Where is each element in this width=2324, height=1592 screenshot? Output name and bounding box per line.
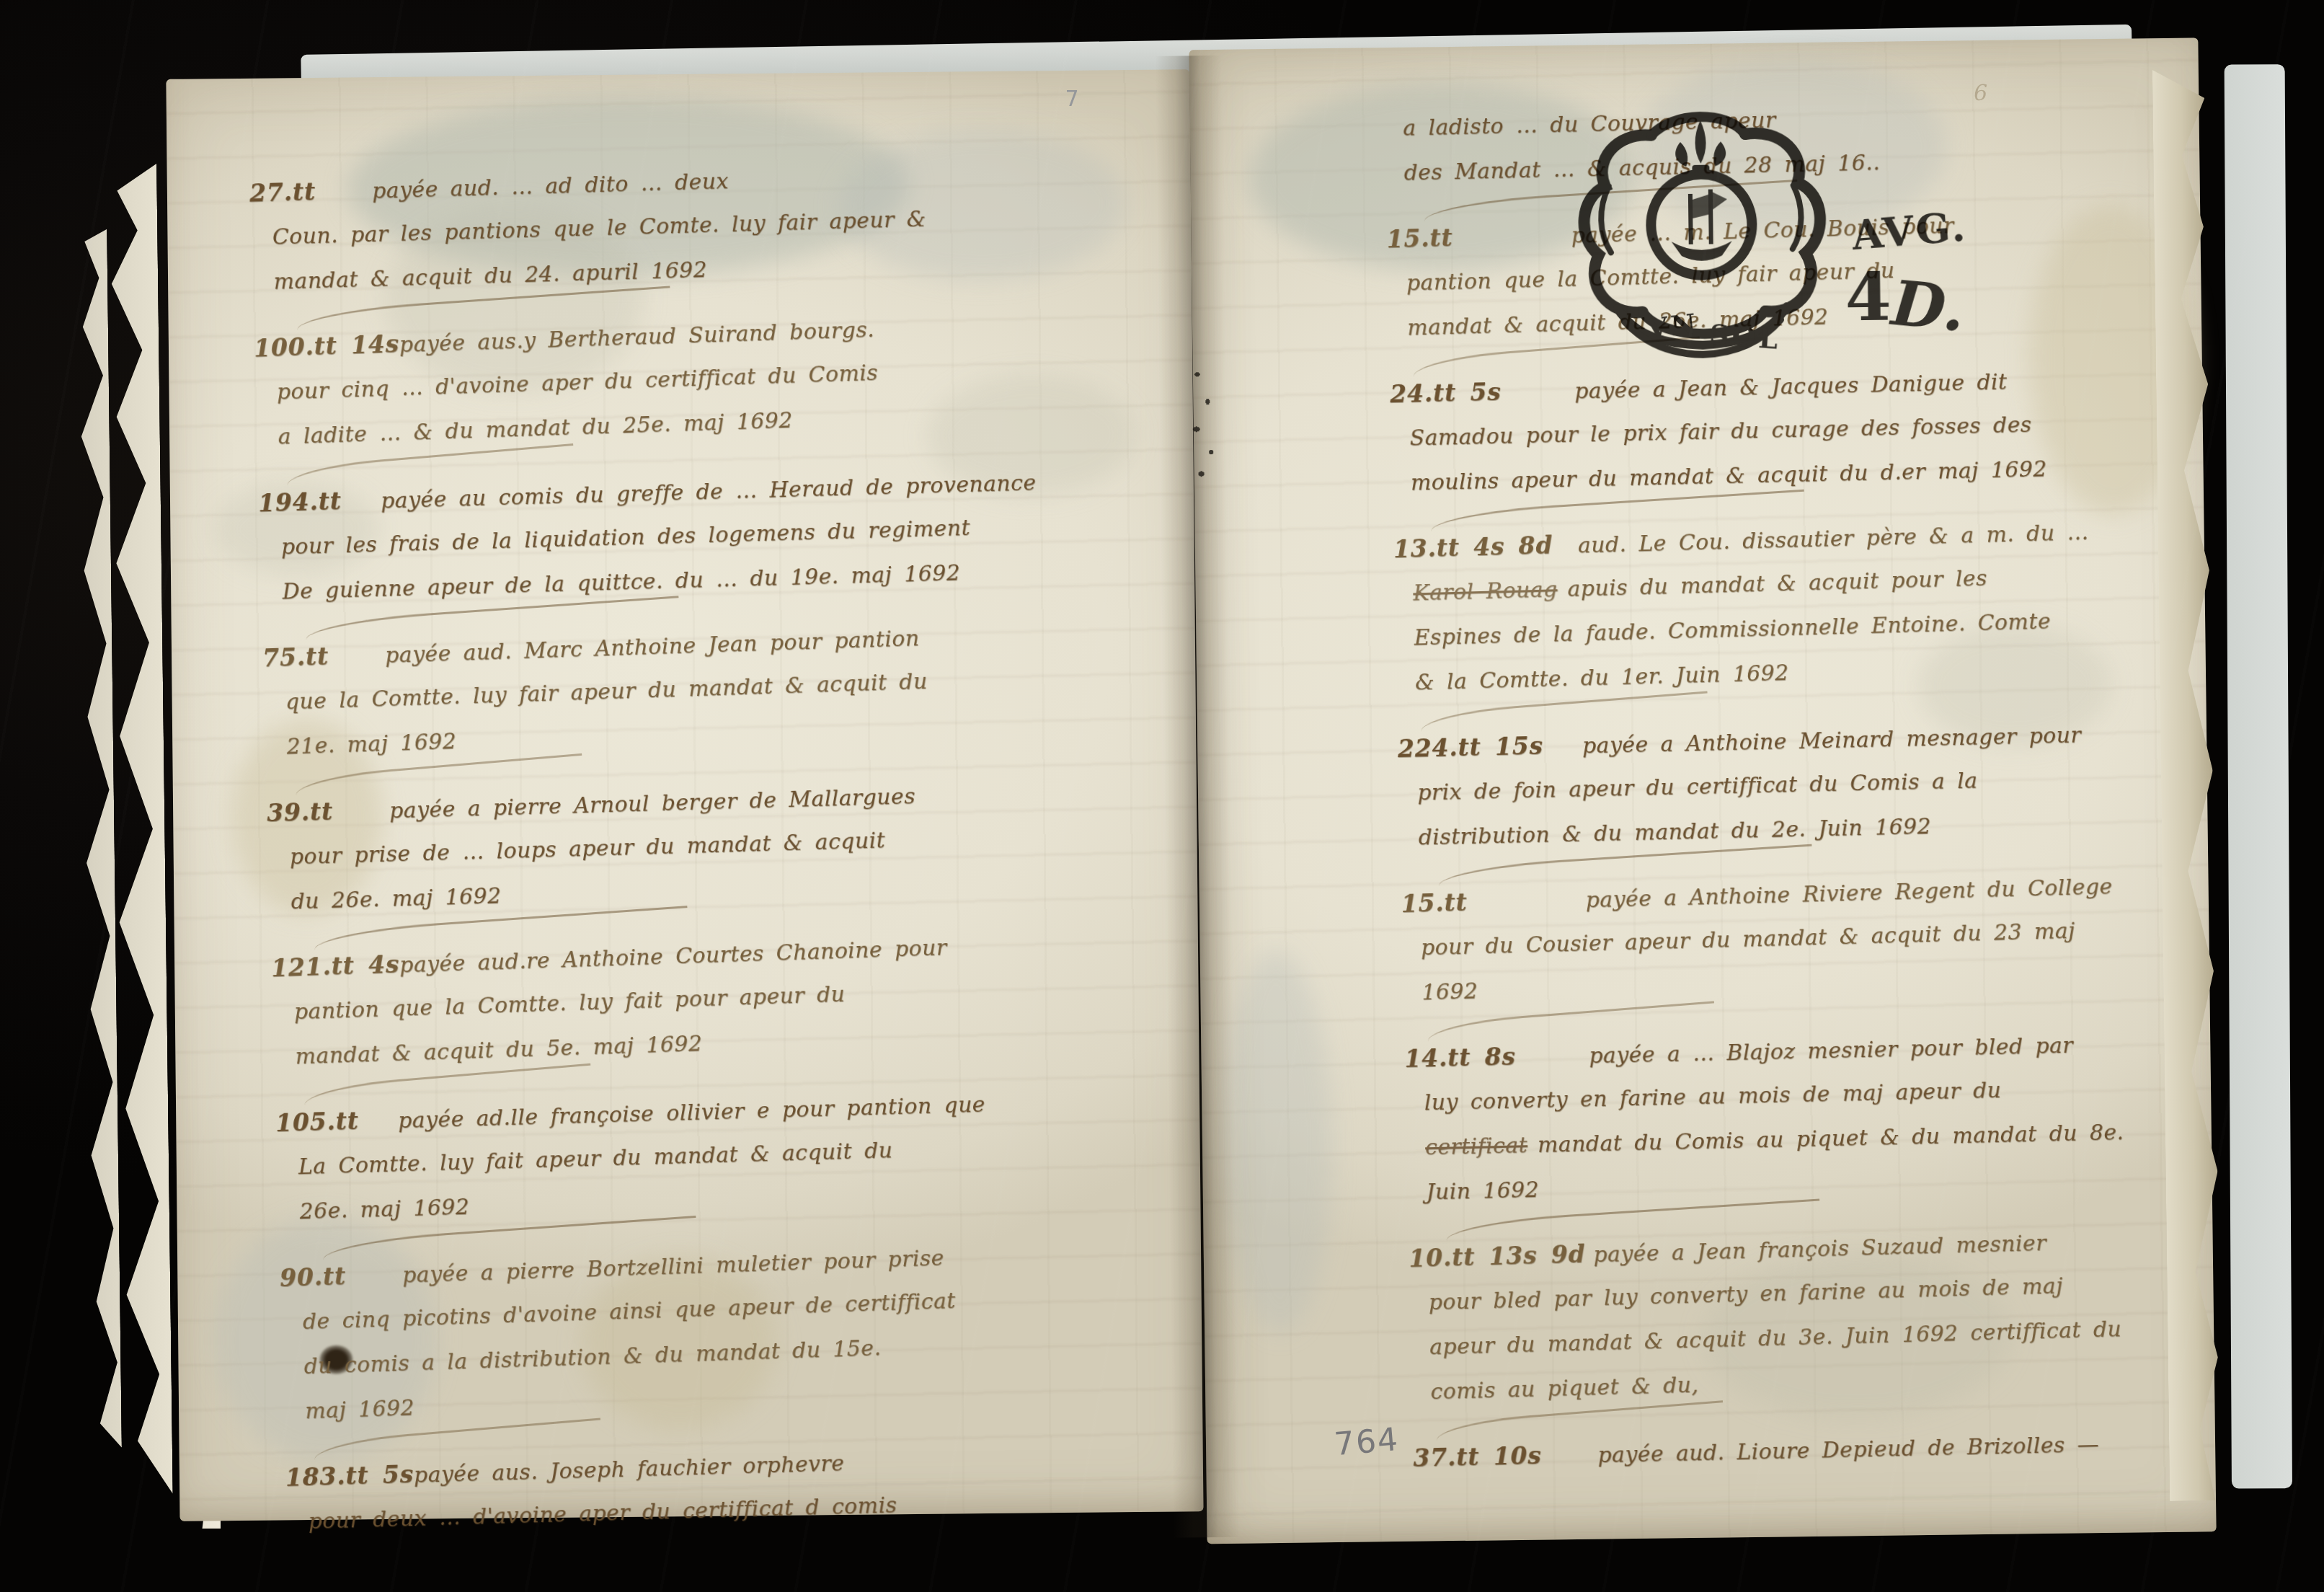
stamp-banner-text-right: SOL <box>1708 318 1782 355</box>
entry-amount: 224.tt 15s <box>1394 722 1582 771</box>
entry-text: payée a … Blajoz mesnier pour bled par <box>1589 1033 2073 1069</box>
entry-amount: 27.tt <box>249 168 373 216</box>
under-sheet-right-edge <box>2225 64 2292 1488</box>
entry-amount: 121.tt 4s <box>270 942 400 991</box>
entry-amount: 90.tt <box>279 1252 403 1301</box>
entry-amount: 10.tt 13s 9d <box>1406 1231 1595 1281</box>
struck-text: certificat <box>1425 1133 1528 1160</box>
entry-amount: 105.tt <box>275 1097 399 1146</box>
ledger-entry: 39.ttpayée a pierre Arnoul berger de Mal… <box>288 766 1171 924</box>
left-page: 7 27.ttpayée aud. … ad dito … deux Coun.… <box>166 69 1203 1521</box>
ledger-entry: 13.tt 4s 8daud. Le Cou. dissautier père … <box>1409 510 2183 705</box>
ledger-entry: 194.ttpayée au comis du greffe de … Hera… <box>279 456 1162 615</box>
ledger-entry: 15.ttpayée a Anthoine Riviere Regent du … <box>1416 864 2191 1015</box>
ship-icon <box>1671 189 1732 261</box>
archival-folio-number: 764 <box>1333 1421 1401 1463</box>
ledger-entry: 105.ttpayée ad.lle françoise ollivier e … <box>296 1076 1179 1234</box>
left-page-number: 7 <box>1065 87 1079 112</box>
entry-text: payée ad.lle françoise ollivier e pour p… <box>398 1092 986 1134</box>
ledger-entry: 27.ttpayée aud. … ad dito … deux Coun. p… <box>270 146 1153 305</box>
entry-text: aud. Le Cou. dissautier père & a m. du … <box>1578 520 2090 559</box>
entry-text: payée a Jean françois Suzaud mesnier <box>1593 1231 2046 1268</box>
entry-amount: 39.tt <box>266 787 390 836</box>
entry-amount: 75.tt <box>262 632 386 681</box>
right-page: 6 764 <box>1189 37 2216 1544</box>
stamp-value-number: 4 <box>1845 258 1891 337</box>
entry-amount: 37.tt 10s <box>1410 1432 1598 1481</box>
ledger-entry: 75.ttpayée aud. Marc Anthoine Jean pour … <box>283 611 1166 769</box>
ledger-entry: 10.tt 13s 9dpayée a Jean françois Suzaud… <box>1424 1219 2199 1415</box>
entry-text: mandat du Comis au piquet & du mandat du… <box>1538 1120 2124 1158</box>
entry-text: payée a Anthoine Meinard mesnager pour <box>1582 722 2082 759</box>
entry-text: payée a Anthoine Riviere Regent du Colle… <box>1585 874 2113 913</box>
entry-text: payée aus.y Bertheraud Suirand bourgs. <box>399 317 874 358</box>
struck-text: Karol Rouag <box>1413 577 1558 606</box>
ledger-entry: 90.ttpayée a pierre Bortzellini muletier… <box>301 1231 1184 1434</box>
stamp-banner-text-left: VN <box>1644 306 1700 345</box>
entry-amount: 15.tt <box>1398 877 1587 927</box>
entry-amount: 183.tt 5s <box>285 1452 414 1500</box>
ragged-page-edge <box>50 229 122 1449</box>
fleur-de-lis-icon <box>1675 120 1726 172</box>
entry-text: payée a pierre Arnoul berger de Mallargu… <box>389 784 916 823</box>
stamp-value-letter: D. <box>1886 267 1968 346</box>
entry-text: payée aud. Lioure Depieud de Brizolles — <box>1597 1432 2099 1468</box>
photo-backdrop: 7 27.ttpayée aud. … ad dito … deux Coun.… <box>0 0 2324 1592</box>
left-page-text-column: 27.ttpayée aud. … ad dito … deux Coun. p… <box>153 61 1217 1548</box>
ledger-entry: 121.tt 4spayée aud.re Anthoine Courtes C… <box>292 921 1175 1079</box>
manuscript-book: 7 27.ttpayée aud. … ad dito … deux Coun.… <box>41 22 2276 1567</box>
entry-amount: 13.tt 4s 8d <box>1390 522 1579 572</box>
tax-stamp: VN SOL AVG. 4 D. <box>1564 88 2000 403</box>
stamp-month-text: AVG. <box>1850 203 1969 260</box>
entry-amount: 15.tt <box>1383 213 1572 262</box>
entry-text: apuis du mandat & acquit pour les <box>1567 566 1987 602</box>
entry-amount: 24.tt 5s <box>1387 368 1575 417</box>
entry-text: payée aus. Joseph fauchier orphevre <box>414 1451 845 1488</box>
entry-text: payée aud. … ad dito … deux <box>372 169 729 204</box>
ledger-entry: 100.tt 14spayée aus.y Bertheraud Suirand… <box>275 301 1158 460</box>
ledger-entry: 14.tt 8spayée a … Blajoz mesnier pour bl… <box>1420 1020 2195 1215</box>
entry-amount: 14.tt 8s <box>1401 1032 1589 1082</box>
entry-amount: 100.tt 14s <box>253 322 400 371</box>
entry-amount: 194.tt <box>257 478 381 526</box>
ledger-entry: 224.tt 15spayée a Anthoine Meinard mesna… <box>1413 709 2187 860</box>
